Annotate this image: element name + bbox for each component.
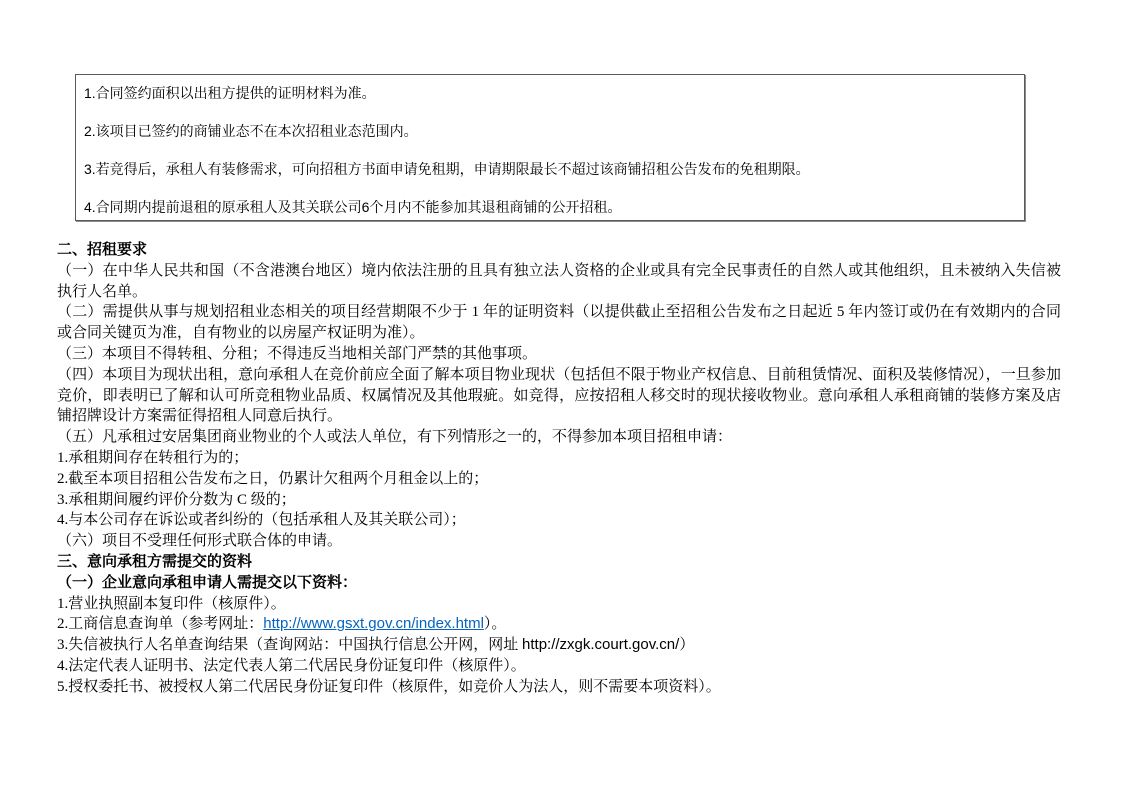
section-3-item-5: 5.授权委托书、被授权人第二代居民身份证复印件（核原件，如竞价人为法人，则不需要… [57, 677, 1061, 698]
section-3-item-2: 2.工商信息查询单（参考网址：http://www.gsxt.gov.cn/in… [57, 614, 1061, 635]
section-3-item-4: 4.法定代表人证明书、法定代表人第二代居民身份证复印件（核原件）。 [57, 656, 1061, 677]
document-body: 二、招租要求 （一）在中华人民共和国（不含港澳台地区）境内依法注册的且具有独立法… [57, 240, 1061, 698]
section-2-paragraph-6: （六）项目不受理任何形式联合体的申请。 [57, 531, 1061, 552]
note-item-3: 3.若竞得后，承租人有装修需求，可向招租方书面申请免租期，申请期限最长不超过该商… [84, 159, 1016, 179]
section-3-item-2-suffix: ）。 [484, 616, 507, 632]
section-2-heading: 二、招租要求 [57, 240, 1061, 261]
section-3-item-3-prefix: 3.失信被执行人名单查询结果（查询网站：中国执行信息公开网，网址 [57, 637, 522, 653]
note-item-4: 4.合同期内提前退租的原承租人及其关联公司6个月内不能参加其退租商铺的公开招租。 [84, 197, 1016, 217]
gsxt-hyperlink[interactable]: http://www.gsxt.gov.cn/index.html [263, 615, 484, 632]
document-page: 1.合同签约面积以出租方提供的证明材料为准。 2.该项目已签约的商铺业态不在本次… [0, 0, 1122, 794]
section-3-item-2-prefix: 2.工商信息查询单（参考网址： [57, 616, 263, 632]
section-3-heading: 三、意向承租方需提交的资料 [57, 552, 1061, 573]
section-2-paragraph-1: （一）在中华人民共和国（不含港澳台地区）境内依法注册的且具有独立法人资格的企业或… [57, 261, 1061, 303]
section-2-sub-item-2: 2.截至本项目招租公告发布之日，仍累计欠租两个月租金以上的； [57, 469, 1061, 490]
section-2-sub-item-3: 3.承租期间履约评价分数为 C 级的； [57, 490, 1061, 511]
section-2-sub-item-1: 1.承租期间存在转租行为的； [57, 448, 1061, 469]
section-2-paragraph-2: （二）需提供从事与规划招租业态相关的项目经营期限不少于 1 年的证明资料（以提供… [57, 302, 1061, 344]
zxgk-url-text: http://zxgk.court.gov.cn/ [522, 636, 679, 653]
section-3-item-1: 1.营业执照副本复印件（核原件）。 [57, 594, 1061, 615]
notes-box: 1.合同签约面积以出租方提供的证明材料为准。 2.该项目已签约的商铺业态不在本次… [75, 74, 1025, 221]
section-2-sub-item-4: 4.与本公司存在诉讼或者纠纷的（包括承租人及其关联公司）； [57, 510, 1061, 531]
section-3-item-3: 3.失信被执行人名单查询结果（查询网站：中国执行信息公开网，网址 http://… [57, 635, 1061, 656]
section-3-item-3-suffix: ） [679, 637, 694, 653]
section-2-paragraph-4: （四）本项目为现状出租，意向承租人在竞价前应全面了解本项目物业现状（包括但不限于… [57, 365, 1061, 427]
section-2-paragraph-3: （三）本项目不得转租、分租；不得违反当地相关部门严禁的其他事项。 [57, 344, 1061, 365]
note-item-2: 2.该项目已签约的商铺业态不在本次招租业态范围内。 [84, 121, 1016, 141]
section-2-paragraph-5: （五）凡承租过安居集团商业物业的个人或法人单位，有下列情形之一的，不得参加本项目… [57, 427, 1061, 448]
section-3-subheading: （一）企业意向承租申请人需提交以下资料： [57, 573, 1061, 594]
note-item-1: 1.合同签约面积以出租方提供的证明材料为准。 [84, 83, 1016, 103]
